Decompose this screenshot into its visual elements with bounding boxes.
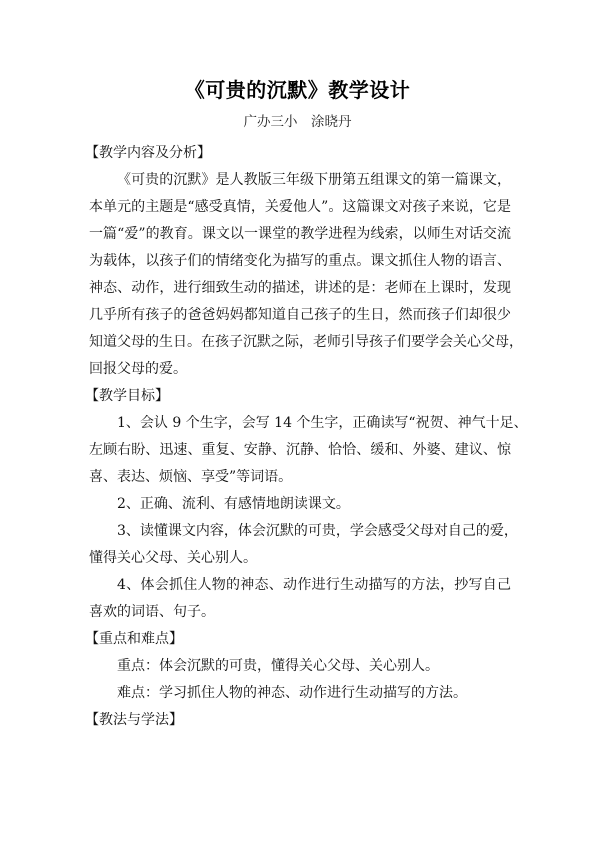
paragraph-line: 回报父母的爱。 bbox=[89, 356, 511, 383]
document-author: 广办三小 涂晓丹 bbox=[0, 110, 595, 130]
goal-line: 1、会认 9 个生字，会写 14 个生字，正确读写“祝贺、神气十足、 bbox=[89, 410, 511, 437]
goal-line: 喜欢的词语、句子。 bbox=[89, 599, 511, 626]
paragraph-line: 知道父母的生日。在孩子沉默之际，老师引导孩子们要学会关心父母， bbox=[89, 329, 511, 356]
section-heading-methods: 【教法与学法】 bbox=[85, 707, 511, 734]
goal-line: 左顾右盼、迅速、重复、安静、沉静、恰恰、缓和、外婆、建议、惊 bbox=[89, 437, 511, 464]
document-page: 《可贵的沉默》教学设计 广办三小 涂晓丹 【教学内容及分析】 《可贵的沉默》是人… bbox=[0, 0, 595, 842]
paragraph-line: 为载体，以孩子们的情绪变化为描写的重点。课文抓住人物的语言、 bbox=[89, 248, 511, 275]
document-body: 【教学内容及分析】 《可贵的沉默》是人教版三年级下册第五组课文的第一篇课文， 本… bbox=[89, 140, 511, 734]
paragraph-line: 本单元的主题是“感受真情，关爱他人”。这篇课文对孩子来说，它是 bbox=[89, 194, 511, 221]
paragraph-line: 神态、动作，进行细致生动的描述，讲述的是：老师在上课时，发现 bbox=[89, 275, 511, 302]
section-heading-content-analysis: 【教学内容及分析】 bbox=[85, 140, 511, 167]
section-heading-key-points: 【重点和难点】 bbox=[85, 626, 511, 653]
goal-line: 懂得关心父母、关心别人。 bbox=[89, 545, 511, 572]
paragraph-line: 一篇“爱”的教育。课文以一课堂的教学进程为线索，以师生对话交流 bbox=[89, 221, 511, 248]
document-title: 《可贵的沉默》教学设计 bbox=[0, 74, 595, 103]
difficulty-line: 难点：学习抓住人物的神态、动作进行生动描写的方法。 bbox=[89, 680, 511, 707]
key-point-line: 重点：体会沉默的可贵，懂得关心父母、关心别人。 bbox=[89, 653, 511, 680]
paragraph-line: 《可贵的沉默》是人教版三年级下册第五组课文的第一篇课文， bbox=[89, 167, 511, 194]
goal-line: 3、读懂课文内容，体会沉默的可贵，学会感受父母对自己的爱， bbox=[89, 518, 511, 545]
paragraph-line: 几乎所有孩子的爸爸妈妈都知道自己孩子的生日，然而孩子们却很少 bbox=[89, 302, 511, 329]
goal-line: 2、正确、流利、有感情地朗读课文。 bbox=[89, 491, 511, 518]
goal-line: 喜、表达、烦恼、享受”等词语。 bbox=[89, 464, 511, 491]
section-heading-teaching-goals: 【教学目标】 bbox=[85, 383, 511, 410]
goal-line: 4、体会抓住人物的神态、动作进行生动描写的方法，抄写自己 bbox=[89, 572, 511, 599]
